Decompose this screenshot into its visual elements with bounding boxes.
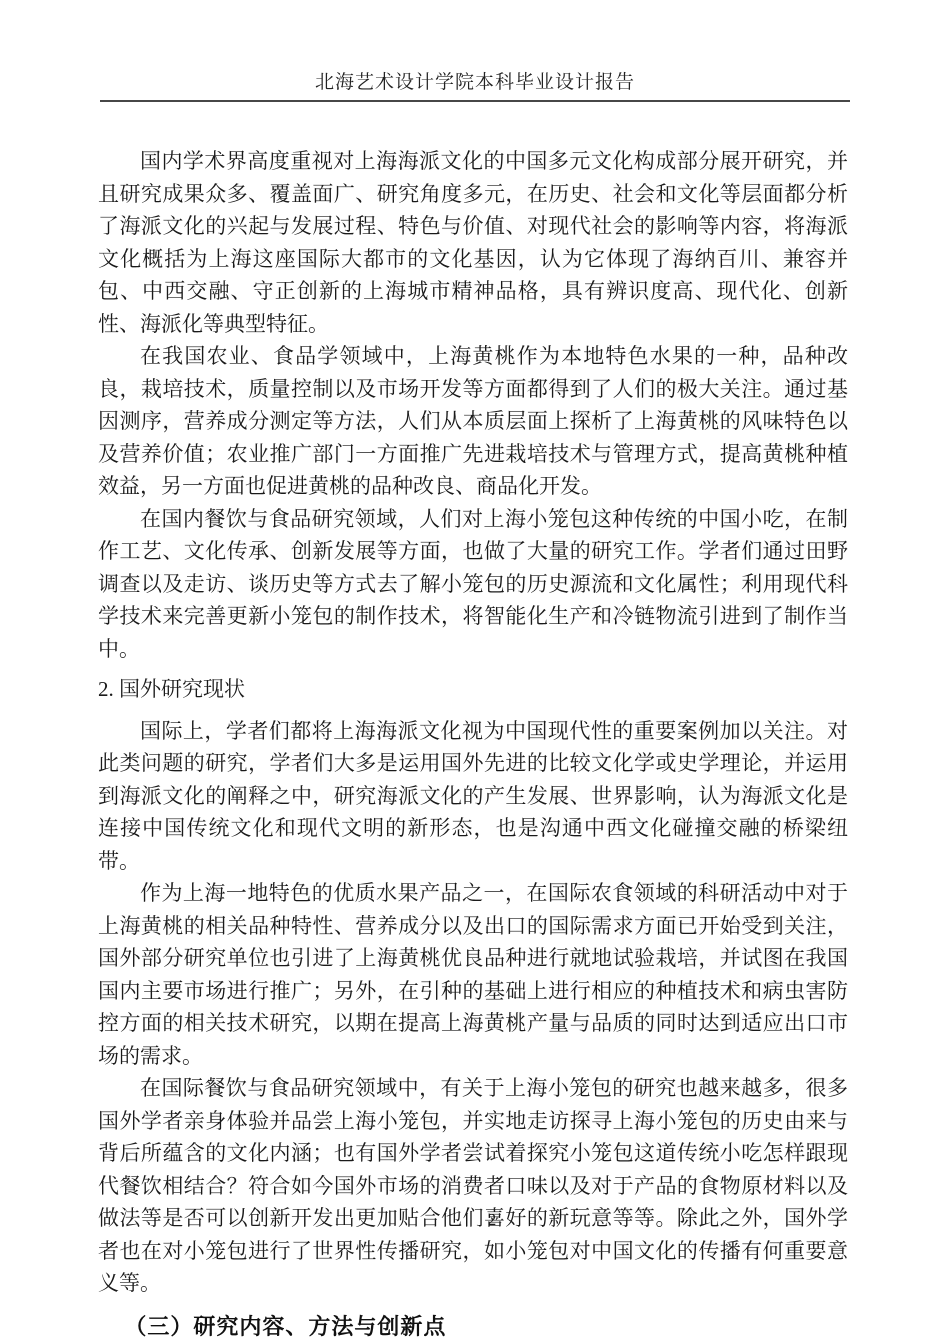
document-body: 国内学术界高度重视对上海海派文化的中国多元文化构成部分展开研究，并且研究成果众多… (98, 145, 848, 1343)
header-rule (100, 100, 850, 102)
page-number: 2 (454, 1210, 497, 1230)
paragraph-foreign-yellow-peach: 作为上海一地特色的优质水果产品之一，在国际农食领域的科研活动中对于上海黄桃的相关… (98, 877, 848, 1072)
paragraph-foreign-xiaolongbao: 在国际餐饮与食品研究领域中，有关于上海小笼包的研究也越来越多，很多国外学者亲身体… (98, 1072, 848, 1300)
page-footer: 2 (0, 1210, 950, 1230)
document-page: 北海艺术设计学院本科毕业设计报告 国内学术界高度重视对上海海派文化的中国多元文化… (0, 0, 950, 1344)
section-heading-foreign-research: 2. 国外研究现状 (98, 673, 848, 706)
section-heading-research-content-methods: （三）研究内容、方法与创新点 (98, 1310, 848, 1343)
paragraph-domestic-haipai-culture: 国内学术界高度重视对上海海派文化的中国多元文化构成部分展开研究，并且研究成果众多… (98, 145, 848, 340)
paragraph-domestic-yellow-peach: 在我国农业、食品学领域中，上海黄桃作为本地特色水果的一种，品种改良，栽培技术，质… (98, 340, 848, 503)
page-header-title: 北海艺术设计学院本科毕业设计报告 (100, 71, 850, 95)
paragraph-foreign-haipai-culture: 国际上，学者们都将上海海派文化视为中国现代性的重要案例加以关注。对此类问题的研究… (98, 715, 848, 878)
page-header: 北海艺术设计学院本科毕业设计报告 (100, 71, 850, 102)
paragraph-domestic-xiaolongbao: 在国内餐饮与食品研究领域，人们对上海小笼包这种传统的中国小吃，在制作工艺、文化传… (98, 503, 848, 666)
